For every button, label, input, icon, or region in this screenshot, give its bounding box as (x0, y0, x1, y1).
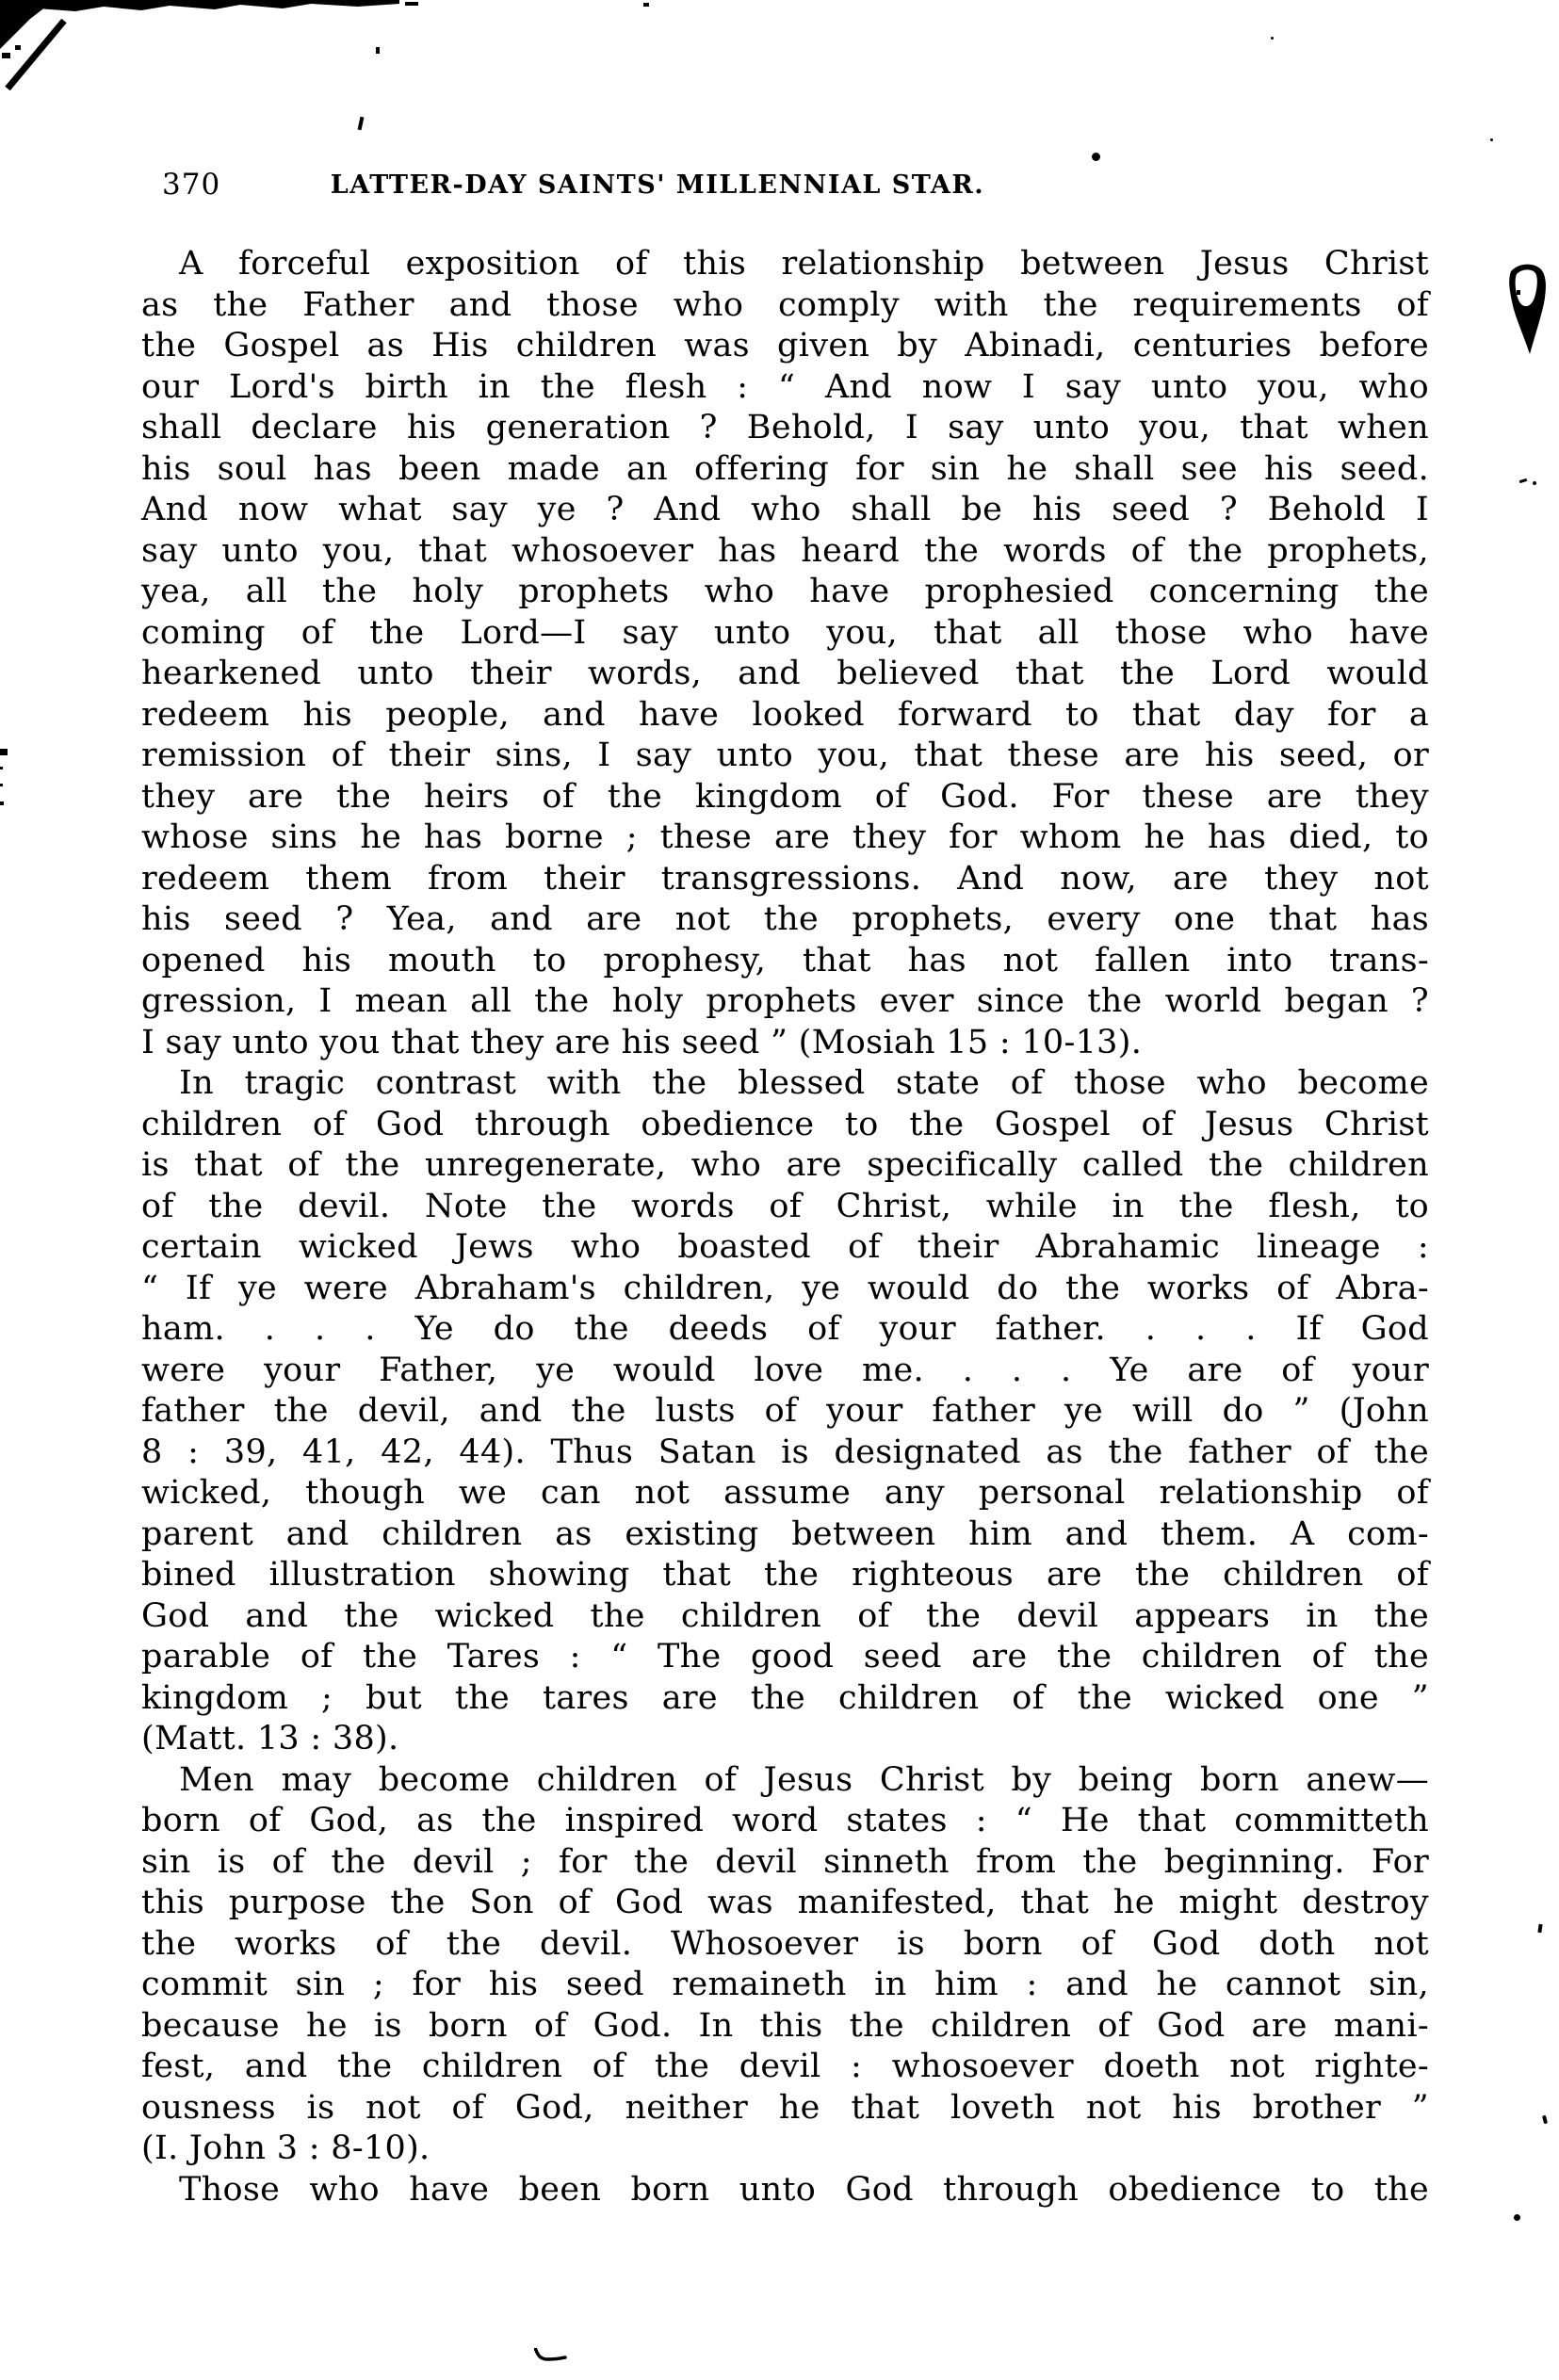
margin-speck (1542, 2115, 1548, 2125)
text-line: coming of the Lord—I say unto you, that … (141, 613, 1429, 655)
running-title: LATTER-DAY SAINTS' MILLENNIAL STAR. (331, 170, 984, 200)
text-line: father the devil, and the lusts of your … (141, 1391, 1429, 1433)
top-edge-speck (643, 3, 649, 7)
text-line: were your Father, ye would love me. . . … (141, 1351, 1429, 1392)
text-line: ousness is not of God, neither he that l… (141, 2088, 1429, 2129)
ink-tick (358, 117, 365, 131)
text-line: his soul has been made an offering for s… (141, 449, 1429, 491)
margin-speck (1519, 478, 1528, 483)
text-line: redeem his people, and have looked forwa… (141, 695, 1429, 737)
left-edge-mark (0, 801, 4, 805)
text-line: God and the wicked the children of the d… (141, 1596, 1429, 1638)
text-line: shall declare his generation ? Behold, I… (141, 408, 1429, 449)
left-edge-mark (0, 749, 8, 755)
paragraph: A forceful exposition of this relationsh… (141, 244, 1429, 1063)
text-line: his seed ? Yea, and are not the prophets… (141, 899, 1429, 941)
text-line: kingdom ; but the tares are the children… (141, 1678, 1429, 1720)
text-line: because he is born of God. In this the c… (141, 2006, 1429, 2048)
text-line: fest, and the children of the devil : wh… (141, 2047, 1429, 2088)
page-body: A forceful exposition of this relationsh… (141, 244, 1429, 2210)
text-line: hearkened unto their words, and believed… (141, 654, 1429, 695)
margin-speck (1490, 138, 1493, 141)
top-edge-speck (405, 2, 418, 6)
text-line: this purpose the Son of God was manifest… (141, 1883, 1429, 1924)
text-line: gression, I mean all the holy prophets e… (141, 981, 1429, 1023)
text-line: commit sin ; for his seed remaineth in h… (141, 1965, 1429, 2006)
text-line: they are the heirs of the kingdom of God… (141, 777, 1429, 818)
text-line: (Matt. 13 : 38). (141, 1719, 1429, 1760)
text-line: say unto you, that whosoever has heard t… (141, 531, 1429, 573)
text-line: bined illustration showing that the righ… (141, 1555, 1429, 1596)
text-line: the works of the devil. Whosoever is bor… (141, 1924, 1429, 1966)
text-line: parent and children as existing between … (141, 1514, 1429, 1556)
paragraph: Men may become children of Jesus Christ … (141, 1760, 1429, 2170)
margin-speck (376, 47, 380, 54)
text-line: children of God through obedience to the… (141, 1105, 1429, 1146)
page-header: 370 LATTER-DAY SAINTS' MILLENNIAL STAR. (141, 168, 1429, 205)
text-line: (I. John 3 : 8-10). (141, 2129, 1429, 2170)
text-line: Those who have been born unto God throug… (141, 2170, 1429, 2211)
bottom-center-pen-mark (533, 2347, 571, 2366)
text-line: remission of their sins, I say unto you,… (141, 736, 1429, 777)
text-line: opened his mouth to prophesy, that has n… (141, 941, 1429, 982)
text-line: is that of the unregenerate, who are spe… (141, 1145, 1429, 1187)
text-line: 8 : 39, 41, 42, 44). Thus Satan is desig… (141, 1433, 1429, 1474)
text-line: of the devil. Note the words of Christ, … (141, 1187, 1429, 1228)
text-line: And now what say ye ? And who shall be h… (141, 490, 1429, 531)
text-line: “ If ye were Abraham's children, ye woul… (141, 1269, 1429, 1310)
scanned-page: 370 LATTER-DAY SAINTS' MILLENNIAL STAR. … (0, 0, 1559, 2380)
left-edge-mark (0, 784, 3, 786)
text-line: I say unto you that they are his seed ” … (141, 1023, 1429, 1064)
margin-speck (1537, 1924, 1542, 1933)
text-line: yea, all the holy prophets who have prop… (141, 572, 1429, 613)
text-line: as the Father and those who comply with … (141, 285, 1429, 327)
text-line: parable of the Tares : “ The good seed a… (141, 1637, 1429, 1678)
text-line: whose sins he has borne ; these are they… (141, 818, 1429, 859)
text-line: the Gospel as His children was given by … (141, 326, 1429, 367)
text-line: our Lord's birth in the flesh : “ And no… (141, 367, 1429, 409)
text-line: Men may become children of Jesus Christ … (141, 1760, 1429, 1802)
text-line: A forceful exposition of this relationsh… (141, 244, 1429, 285)
text-line: ham. . . . Ye do the deeds of your fathe… (141, 1309, 1429, 1351)
text-line: sin is of the devil ; for the devil sinn… (141, 1842, 1429, 1884)
paragraph: In tragic contrast with the blessed stat… (141, 1063, 1429, 1760)
text-line: born of God, as the inspired word states… (141, 1801, 1429, 1842)
text-line: redeem them from their transgressions. A… (141, 859, 1429, 900)
text-line: certain wicked Jews who boasted of their… (141, 1227, 1429, 1269)
right-margin-ink-blot (1505, 262, 1551, 360)
paragraph: Those who have been born unto God throug… (141, 2170, 1429, 2211)
page-number: 370 (162, 168, 220, 202)
top-left-corner-ink (0, 0, 132, 113)
left-edge-mark (0, 767, 3, 769)
text-line: wicked, though we can not assume any per… (141, 1473, 1429, 1514)
ink-dot (1092, 153, 1100, 161)
margin-speck (1533, 481, 1536, 485)
margin-speck (1514, 2214, 1520, 2221)
margin-speck (1271, 37, 1274, 40)
text-line: In tragic contrast with the blessed stat… (141, 1063, 1429, 1105)
